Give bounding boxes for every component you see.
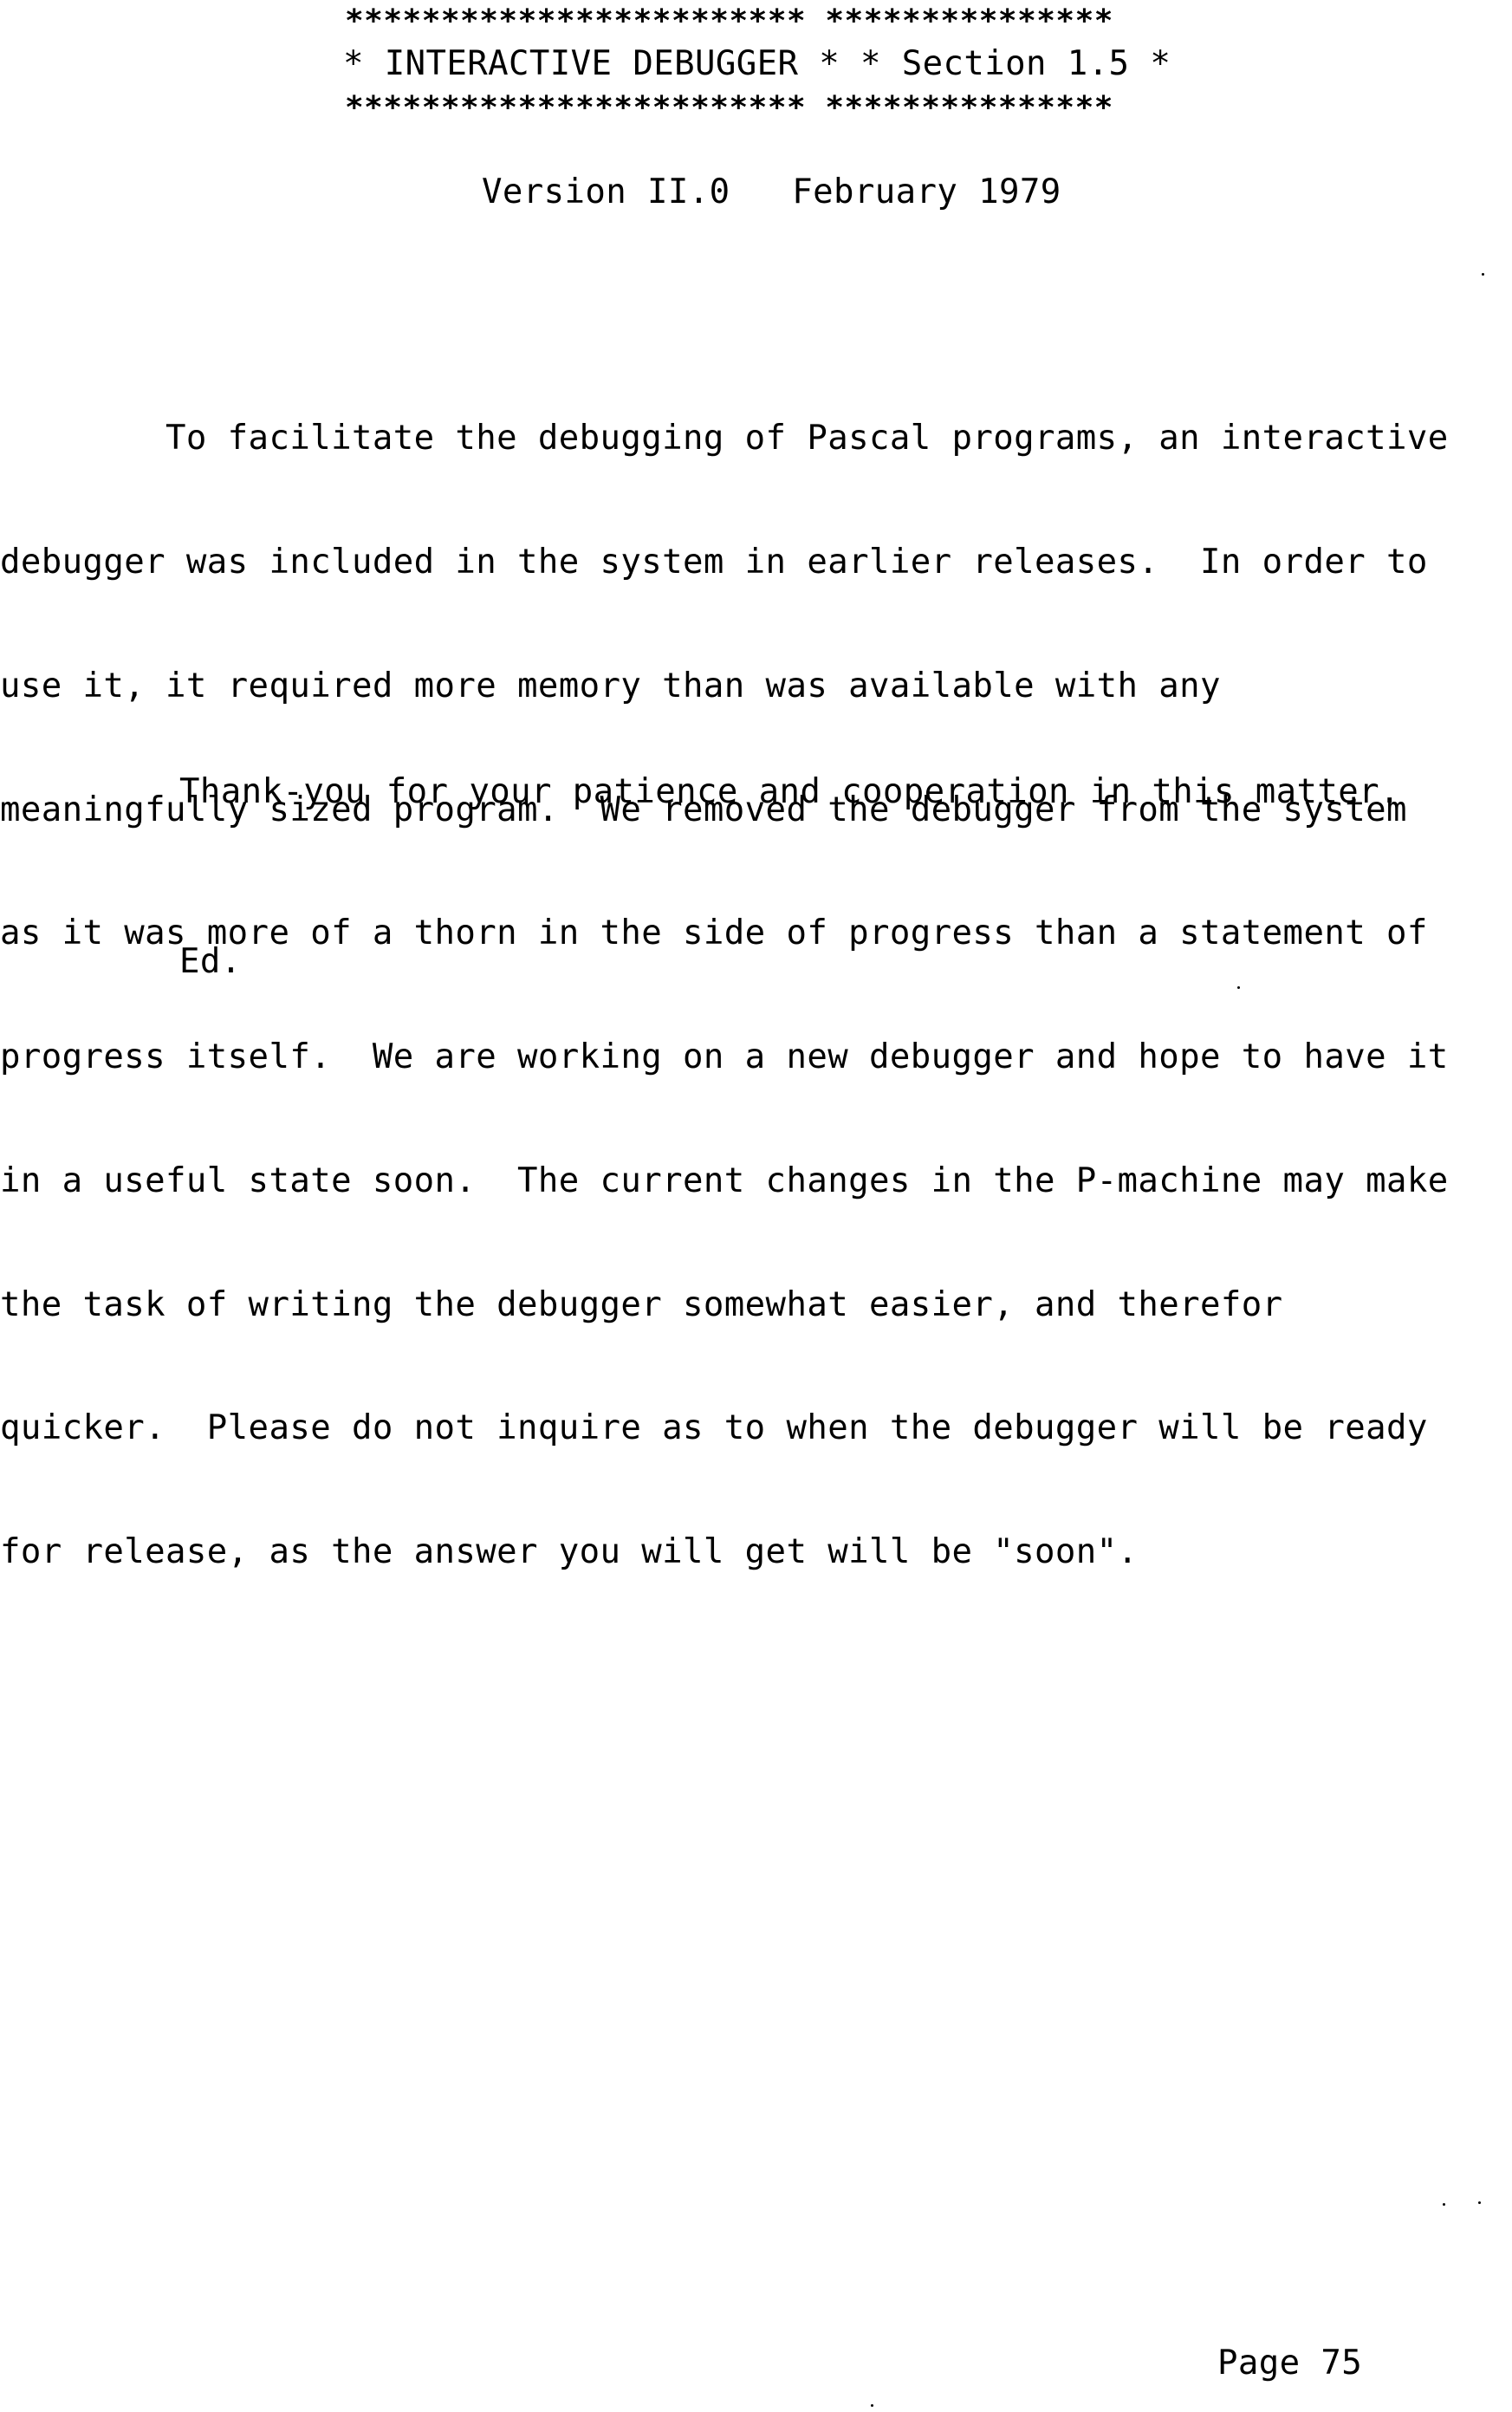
body-line: progress itself. We are working on a new… (0, 1037, 1512, 1078)
closing-line: Thank-you for your patience and cooperat… (179, 771, 1400, 812)
banner-bottom-border: ************************ *************** (345, 90, 1113, 126)
body-line: in a useful state soon. The current chan… (0, 1160, 1512, 1202)
version-date-line: Version II.0 February 1979 (482, 172, 1061, 212)
page-number: Page 75 (1217, 2343, 1362, 2383)
banner-top-border: ************************ *************** (345, 3, 1113, 39)
body-line: debugger was included in the system in e… (0, 542, 1512, 583)
body-line: the task of writing the debugger somewha… (0, 1284, 1512, 1326)
body-line: To facilitate the debugging of Pascal pr… (0, 418, 1512, 459)
body-line: use it, it required more memory than was… (0, 666, 1512, 707)
scan-speck (871, 2404, 873, 2407)
scan-speck (1443, 2203, 1445, 2206)
body-line: for release, as the answer you will get … (0, 1531, 1512, 1573)
scan-speck (1478, 2201, 1481, 2204)
signature: Ed. (179, 941, 242, 982)
body-line: quicker. Please do not inquire as to whe… (0, 1408, 1512, 1449)
scan-speck (1482, 273, 1484, 276)
section-title-banner: * INTERACTIVE DEBUGGER * * Section 1.5 * (343, 43, 1171, 84)
scan-speck (1237, 986, 1240, 989)
